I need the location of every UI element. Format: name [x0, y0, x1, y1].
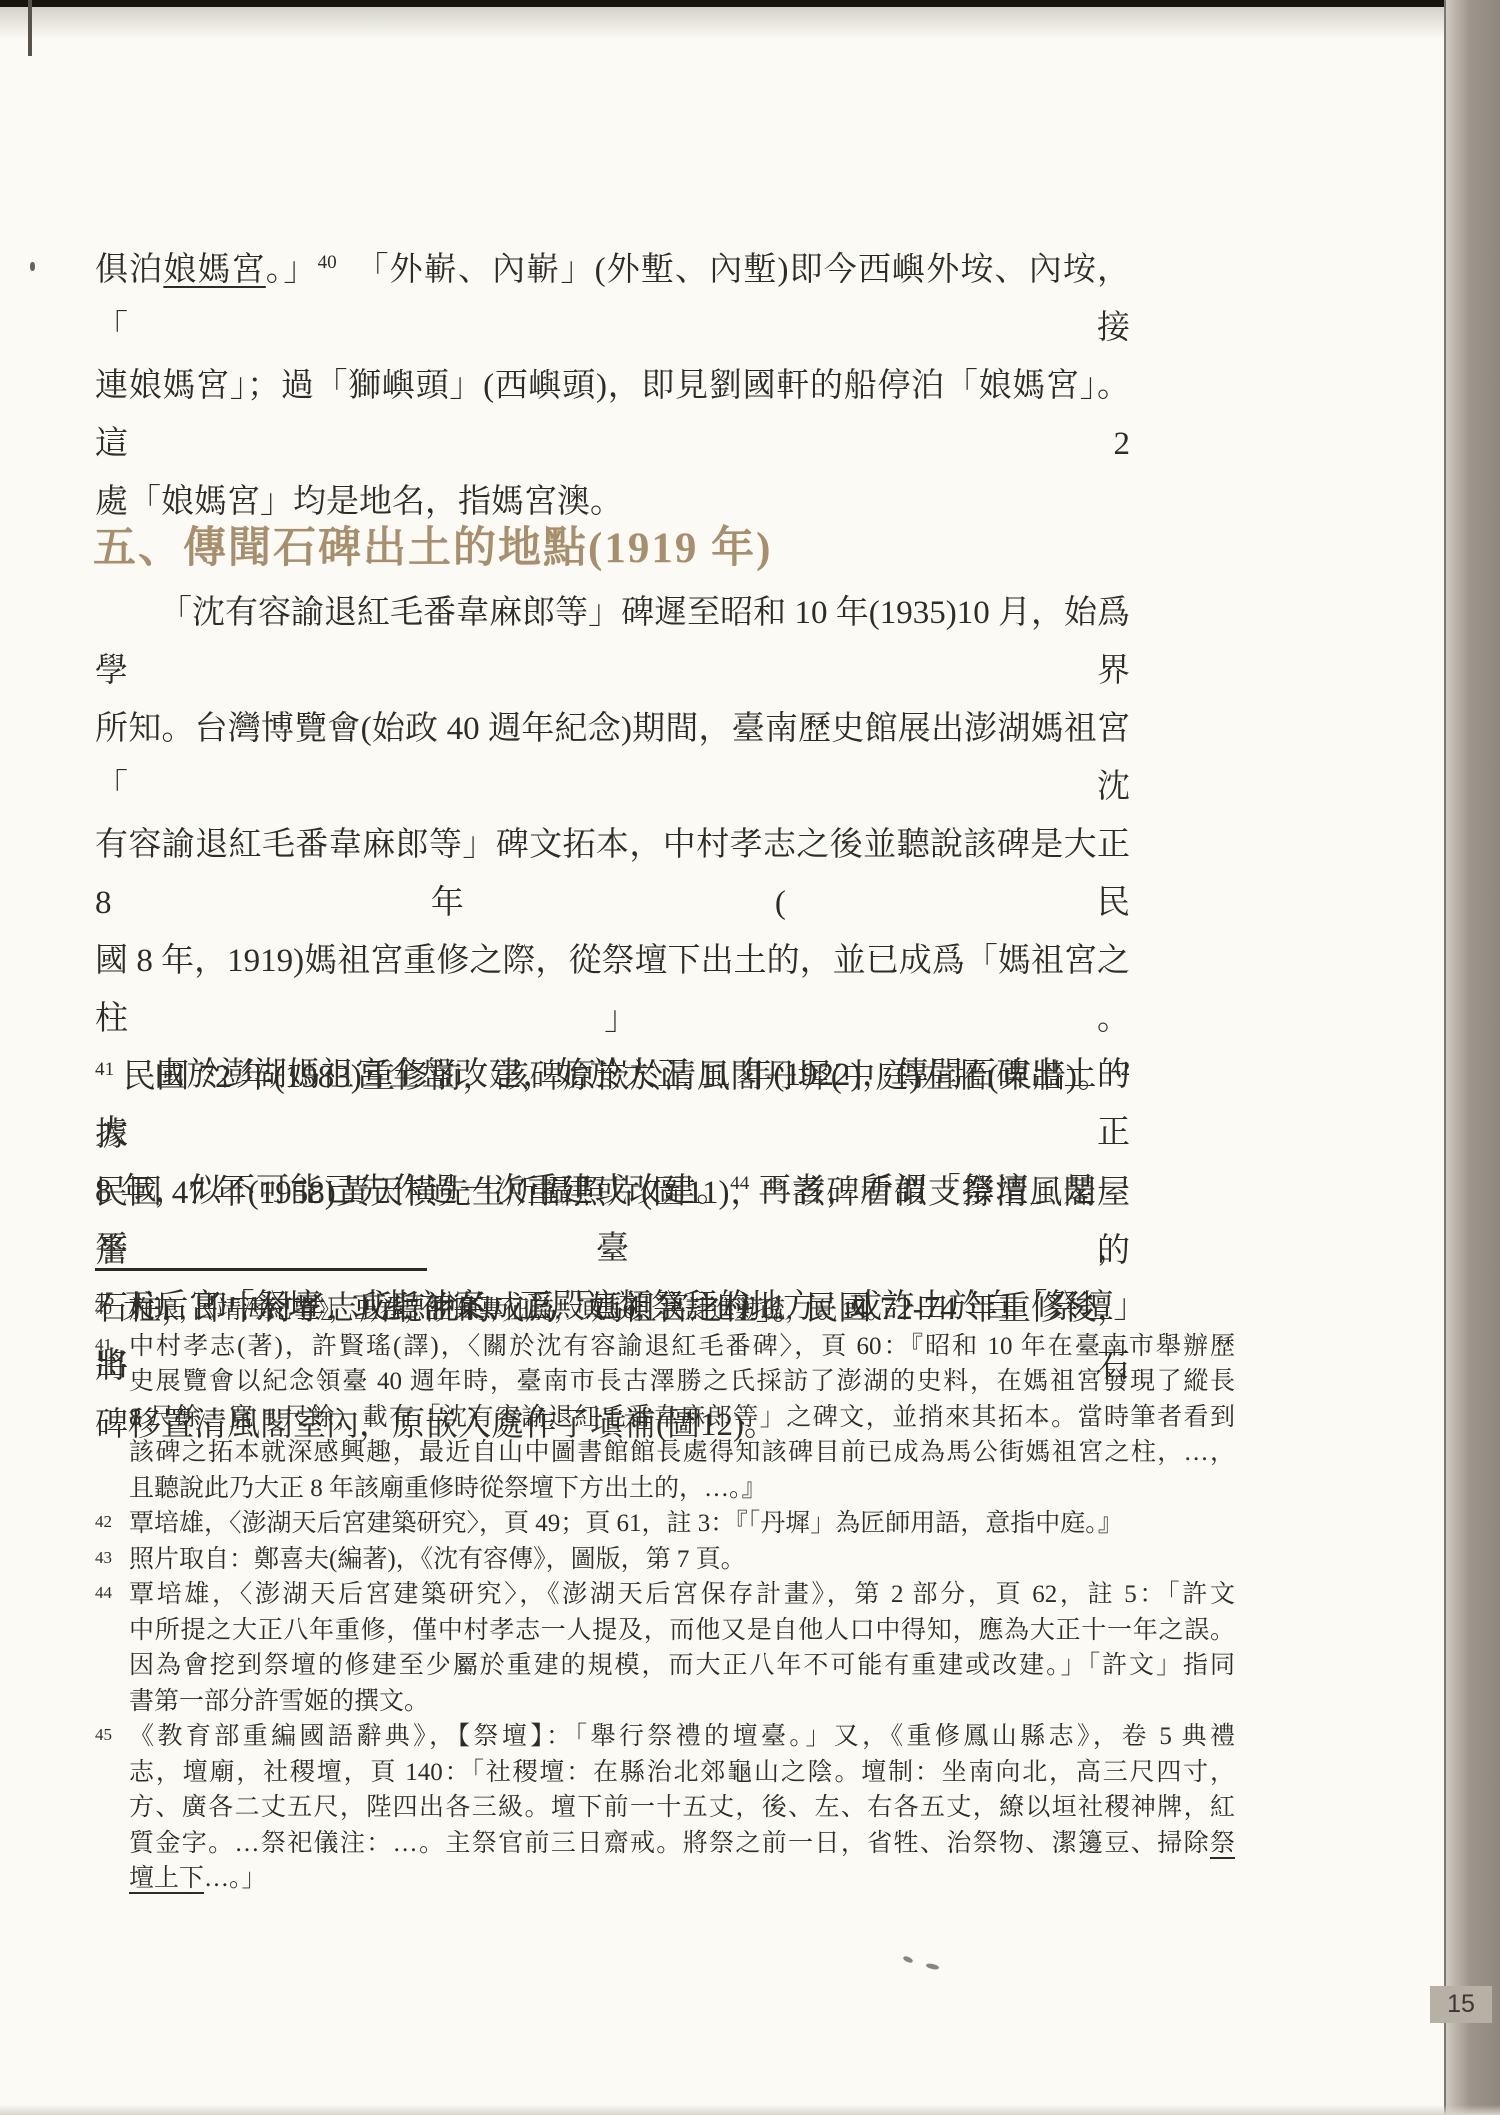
footnote-45: 45《教育部重編國語辭典》，【祭壇】：「舉行祭禮的壇臺。」又，《重修鳳山縣志》，…	[95, 1719, 1235, 1897]
text-line: 連娘媽宮」；過「獅嶼頭」(西嶼頭)，即見劉國軒的船停泊「娘媽宮」。這 2	[95, 357, 1130, 473]
footnote-line: 書第一部分許雪姬的撰文。	[129, 1684, 1235, 1720]
footnote-40: 40施琅，《靖海紀事》，上卷，密陳專征疏，頁 10；決計進勦疏，頁 14。	[95, 1293, 1235, 1329]
scan-speck	[902, 1955, 913, 1964]
scan-corner-mark	[28, 0, 32, 56]
footnote-line: 8 尺餘、寬 1 尺餘，載有「沈有容諭退紅毛番韋麻郎等」之碑文，並捎來其拓本。當…	[129, 1400, 1235, 1436]
scan-speck	[30, 262, 35, 271]
text-line: 有容諭退紅毛番韋麻郎等」碑文拓本，中村孝志之後並聽說該碑是大正 8 年(民	[95, 816, 1130, 932]
footnote-line: 中村孝志(著)，許賢瑤(譯)，〈關於沈有容諭退紅毛番碑〉，頁 60：『昭和 10…	[129, 1329, 1235, 1365]
page-number: 15	[1430, 1986, 1492, 2023]
footnote-number: 45	[95, 1717, 112, 1753]
footnote-line: 覃培雄，〈澎湖天后宮建築研究〉，頁 49；頁 61，註 3：『「丹墀」為匠師用語…	[129, 1506, 1235, 1542]
footnote-line: 施琅，《靖海紀事》，上卷，密陳專征疏，頁 10；決計進勦疏，頁 14。	[129, 1293, 1235, 1329]
footnote-line: 方、廣各二丈五尺，陛四出各三級。壇下前一十五丈，後、左、右各五丈，繚以垣社稷神牌…	[129, 1790, 1235, 1826]
scan-top-edge	[0, 0, 1500, 7]
footnote-42: 42覃培雄，〈澎湖天后宮建築研究〉，頁 49；頁 61，註 3：『「丹墀」為匠師…	[95, 1506, 1235, 1542]
footnotes-section: 40施琅，《靖海紀事》，上卷，密陳專征疏，頁 10；決計進勦疏，頁 14。41中…	[95, 1293, 1235, 1897]
footnote-number: 43	[95, 1540, 112, 1576]
footnote-line: 志，壇廟，社稷壇，頁 140：「社稷壇：在縣治北郊龜山之陰。壇制：坐南向北，高三…	[129, 1755, 1235, 1791]
scan-top-shadow	[0, 7, 1500, 39]
text-line: 國 8 年，1919)媽祖宮重修之際，從祭壇下出土的，並已成爲「媽祖宮之柱」。	[95, 932, 1130, 1048]
scan-speck	[926, 1963, 940, 1971]
footnote-number: 42	[95, 1504, 112, 1540]
footnote-line: 質金字。…祭祀儀注：…。主祭官前三日齋戒。將祭之前一日，省牲、治祭物、潔籩豆、掃…	[129, 1826, 1235, 1862]
scanned-document-page: 俱泊娘媽宮。」40 「外嶄、內嶄」(外塹、內塹)即今西嶼外垵、內垵，「接連娘媽宮…	[0, 0, 1500, 2115]
section-heading: 五、傳聞石碑出土的地點(1919 年)	[93, 524, 772, 574]
text-line: 8 年，似不可能已先作過一次重建或改建。44 再者，所謂「祭壇」是一平臺，	[95, 1162, 1130, 1278]
footnote-line: 覃培雄，〈澎湖天后宮建築研究〉，《澎湖天后宮保存計畫》，第 2 部分，頁 62，…	[129, 1577, 1235, 1613]
footnote-line: 史展覽會以紀念領臺 40 週年時，臺南市長古澤勝之氏採訪了澎湖的史料，在媽祖宮發…	[129, 1364, 1235, 1400]
footnote-line: 《教育部重編國語辭典》，【祭壇】：「舉行祭禮的壇臺。」又，《重修鳳山縣志》，卷 …	[129, 1719, 1235, 1755]
carryover-paragraph: 俱泊娘媽宮。」40 「外嶄、內嶄」(外塹、內塹)即今西嶼外垵、內垵，「接連娘媽宮…	[95, 241, 1130, 531]
footnote-line: 壇上下…。」	[129, 1861, 1235, 1897]
scan-right-edge	[1444, 0, 1500, 2115]
footnote-line: 該碑之拓本就深感興趣，最近自山中圖書館館長處得知該碑目前已成為馬公街媽祖宮之柱，…	[129, 1435, 1235, 1471]
footnote-separator	[95, 1268, 427, 1271]
footnote-number: 40	[95, 1291, 112, 1327]
footnote-41: 41中村孝志(著)，許賢瑤(譯)，〈關於沈有容諭退紅毛番碑〉，頁 60：『昭和 …	[95, 1329, 1235, 1507]
footnote-number: 41	[95, 1327, 112, 1363]
footnote-number: 44	[95, 1575, 112, 1611]
footnote-line: 照片取自：鄭喜夫(編著)，《沈有容傳》，圖版，第 7 頁。	[129, 1542, 1235, 1578]
text-line: 處「娘媽宮」均是地名，指媽宮澳。	[95, 473, 1130, 531]
text-line: 所知。台灣博覽會(始政 40 週年紀念)期間，臺南歷史館展出澎湖媽祖宮「沈	[95, 700, 1130, 816]
footnote-43: 43照片取自：鄭喜夫(編著)，《沈有容傳》，圖版，第 7 頁。	[95, 1542, 1235, 1578]
footnote-line: 中所提之大正八年重修，僅中村孝志一人提及，而他又是自他人口中得知，應為大正十一年…	[129, 1613, 1235, 1649]
text-line: 「沈有容諭退紅毛番韋麻郎等」碑遲至昭和 10 年(1935)10 月，始爲學界	[95, 584, 1130, 700]
footnote-44: 44覃培雄，〈澎湖天后宮建築研究〉，《澎湖天后宮保存計畫》，第 2 部分，頁 6…	[95, 1577, 1235, 1719]
text-line: 由於澎湖媽祖宮全盤改建，始於大正 11 年(1922)，傳聞石碑出土的大正	[95, 1046, 1130, 1162]
footnote-line: 因為會挖到祭壇的修建至少屬於重建的規模，而大正八年不可能有重建或改建。」「許文」…	[129, 1648, 1235, 1684]
footnote-line: 且聽說此乃大正 8 年該廟重修時從祭壇下方出土的，…。』	[129, 1471, 1235, 1507]
text-line: 俱泊娘媽宮。」40 「外嶄、內嶄」(外塹、內塹)即今西嶼外垵、內垵，「接	[95, 241, 1130, 357]
scan-bottom-shadow	[0, 2105, 1500, 2115]
